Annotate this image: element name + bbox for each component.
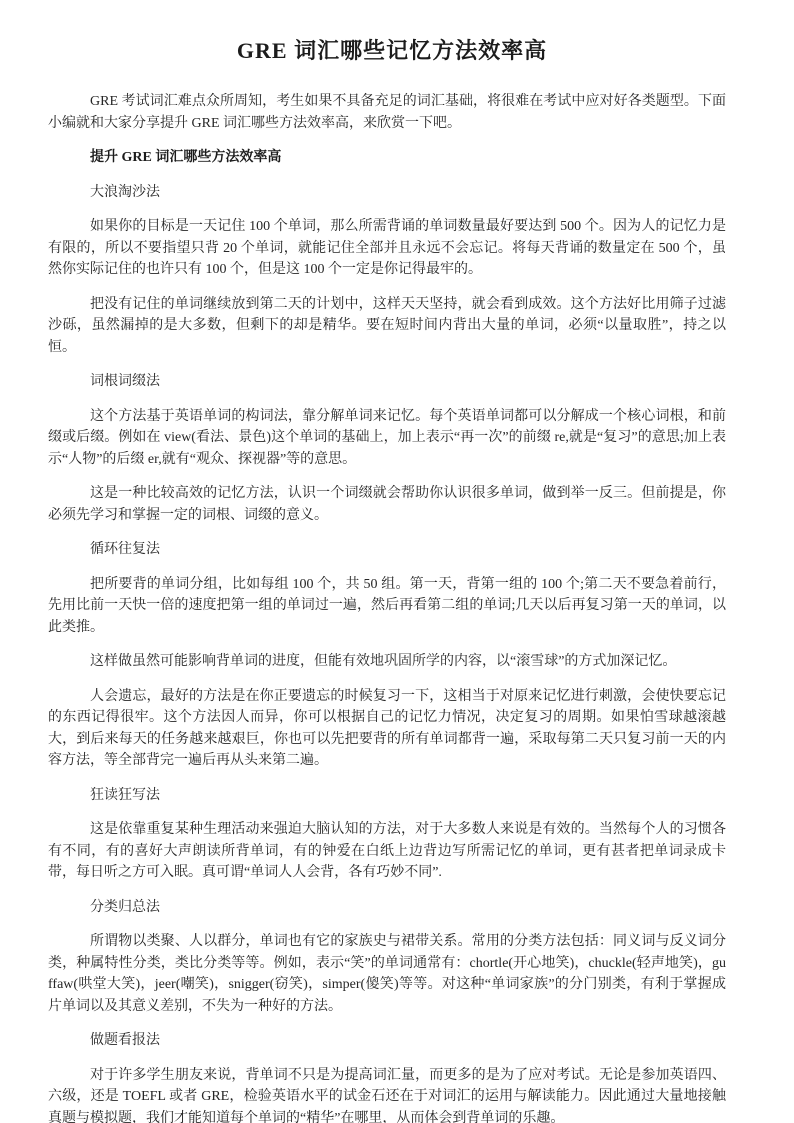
section-heading: 分类归总法: [48, 897, 726, 919]
body-paragraph: 人会遗忘，最好的方法是在你正要遗忘的时候复习一下，这相当于对原来记忆进行刺激，会…: [48, 686, 726, 772]
body-paragraph: 这样做虽然可能影响背单词的进度，但能有效地巩固所学的内容，以“滚雪球”的方式加深…: [48, 651, 726, 673]
document-page: GRE 词汇哪些记忆方法效率高 GRE 考试词汇难点众所周知，考生如果不具备充足…: [0, 0, 794, 1123]
section-heading: 词根词缀法: [48, 371, 726, 393]
body-paragraph: 这个方法基于英语单词的构词法，靠分解单词来记忆。每个英语单词都可以分解成一个核心…: [48, 406, 726, 471]
section-heading: 狂读狂写法: [48, 785, 726, 807]
body-paragraph: 这是一种比较高效的记忆方法，认识一个词缀就会帮助你认识很多单词，做到举一反三。但…: [48, 483, 726, 526]
section-heading: 做题看报法: [48, 1030, 726, 1052]
body-paragraph: 把没有记住的单词继续放到第二天的计划中，这样天天坚持，就会看到成效。这个方法好比…: [48, 294, 726, 359]
document-title: GRE 词汇哪些记忆方法效率高: [58, 34, 726, 65]
body-paragraph: 如果你的目标是一天记住 100 个单词，那么所需背诵的单词数量最好要达到 500…: [48, 216, 726, 281]
body-paragraph: 所谓物以类聚、人以群分，单词也有它的家族史与裙带关系。常用的分类方法包括：同义词…: [48, 931, 726, 1017]
document-subheading: 提升 GRE 词汇哪些方法效率高: [48, 147, 726, 169]
section-heading: 循环往复法: [48, 539, 726, 561]
body-paragraph: 对于许多学生朋友来说，背单词不只是为提高词汇量，而更多的是为了应对考试。无论是参…: [48, 1065, 726, 1123]
body-paragraph: 这是依靠重复某种生理活动来强迫大脑认知的方法，对于大多数人来说是有效的。当然每个…: [48, 819, 726, 884]
body-paragraph: 把所要背的单词分组，比如每组 100 个，共 50 组。第一天，背第一组的 10…: [48, 574, 726, 639]
intro-paragraph: GRE 考试词汇难点众所周知，考生如果不具备充足的词汇基础，将很难在考试中应对好…: [48, 91, 726, 134]
section-heading: 大浪淘沙法: [48, 182, 726, 204]
